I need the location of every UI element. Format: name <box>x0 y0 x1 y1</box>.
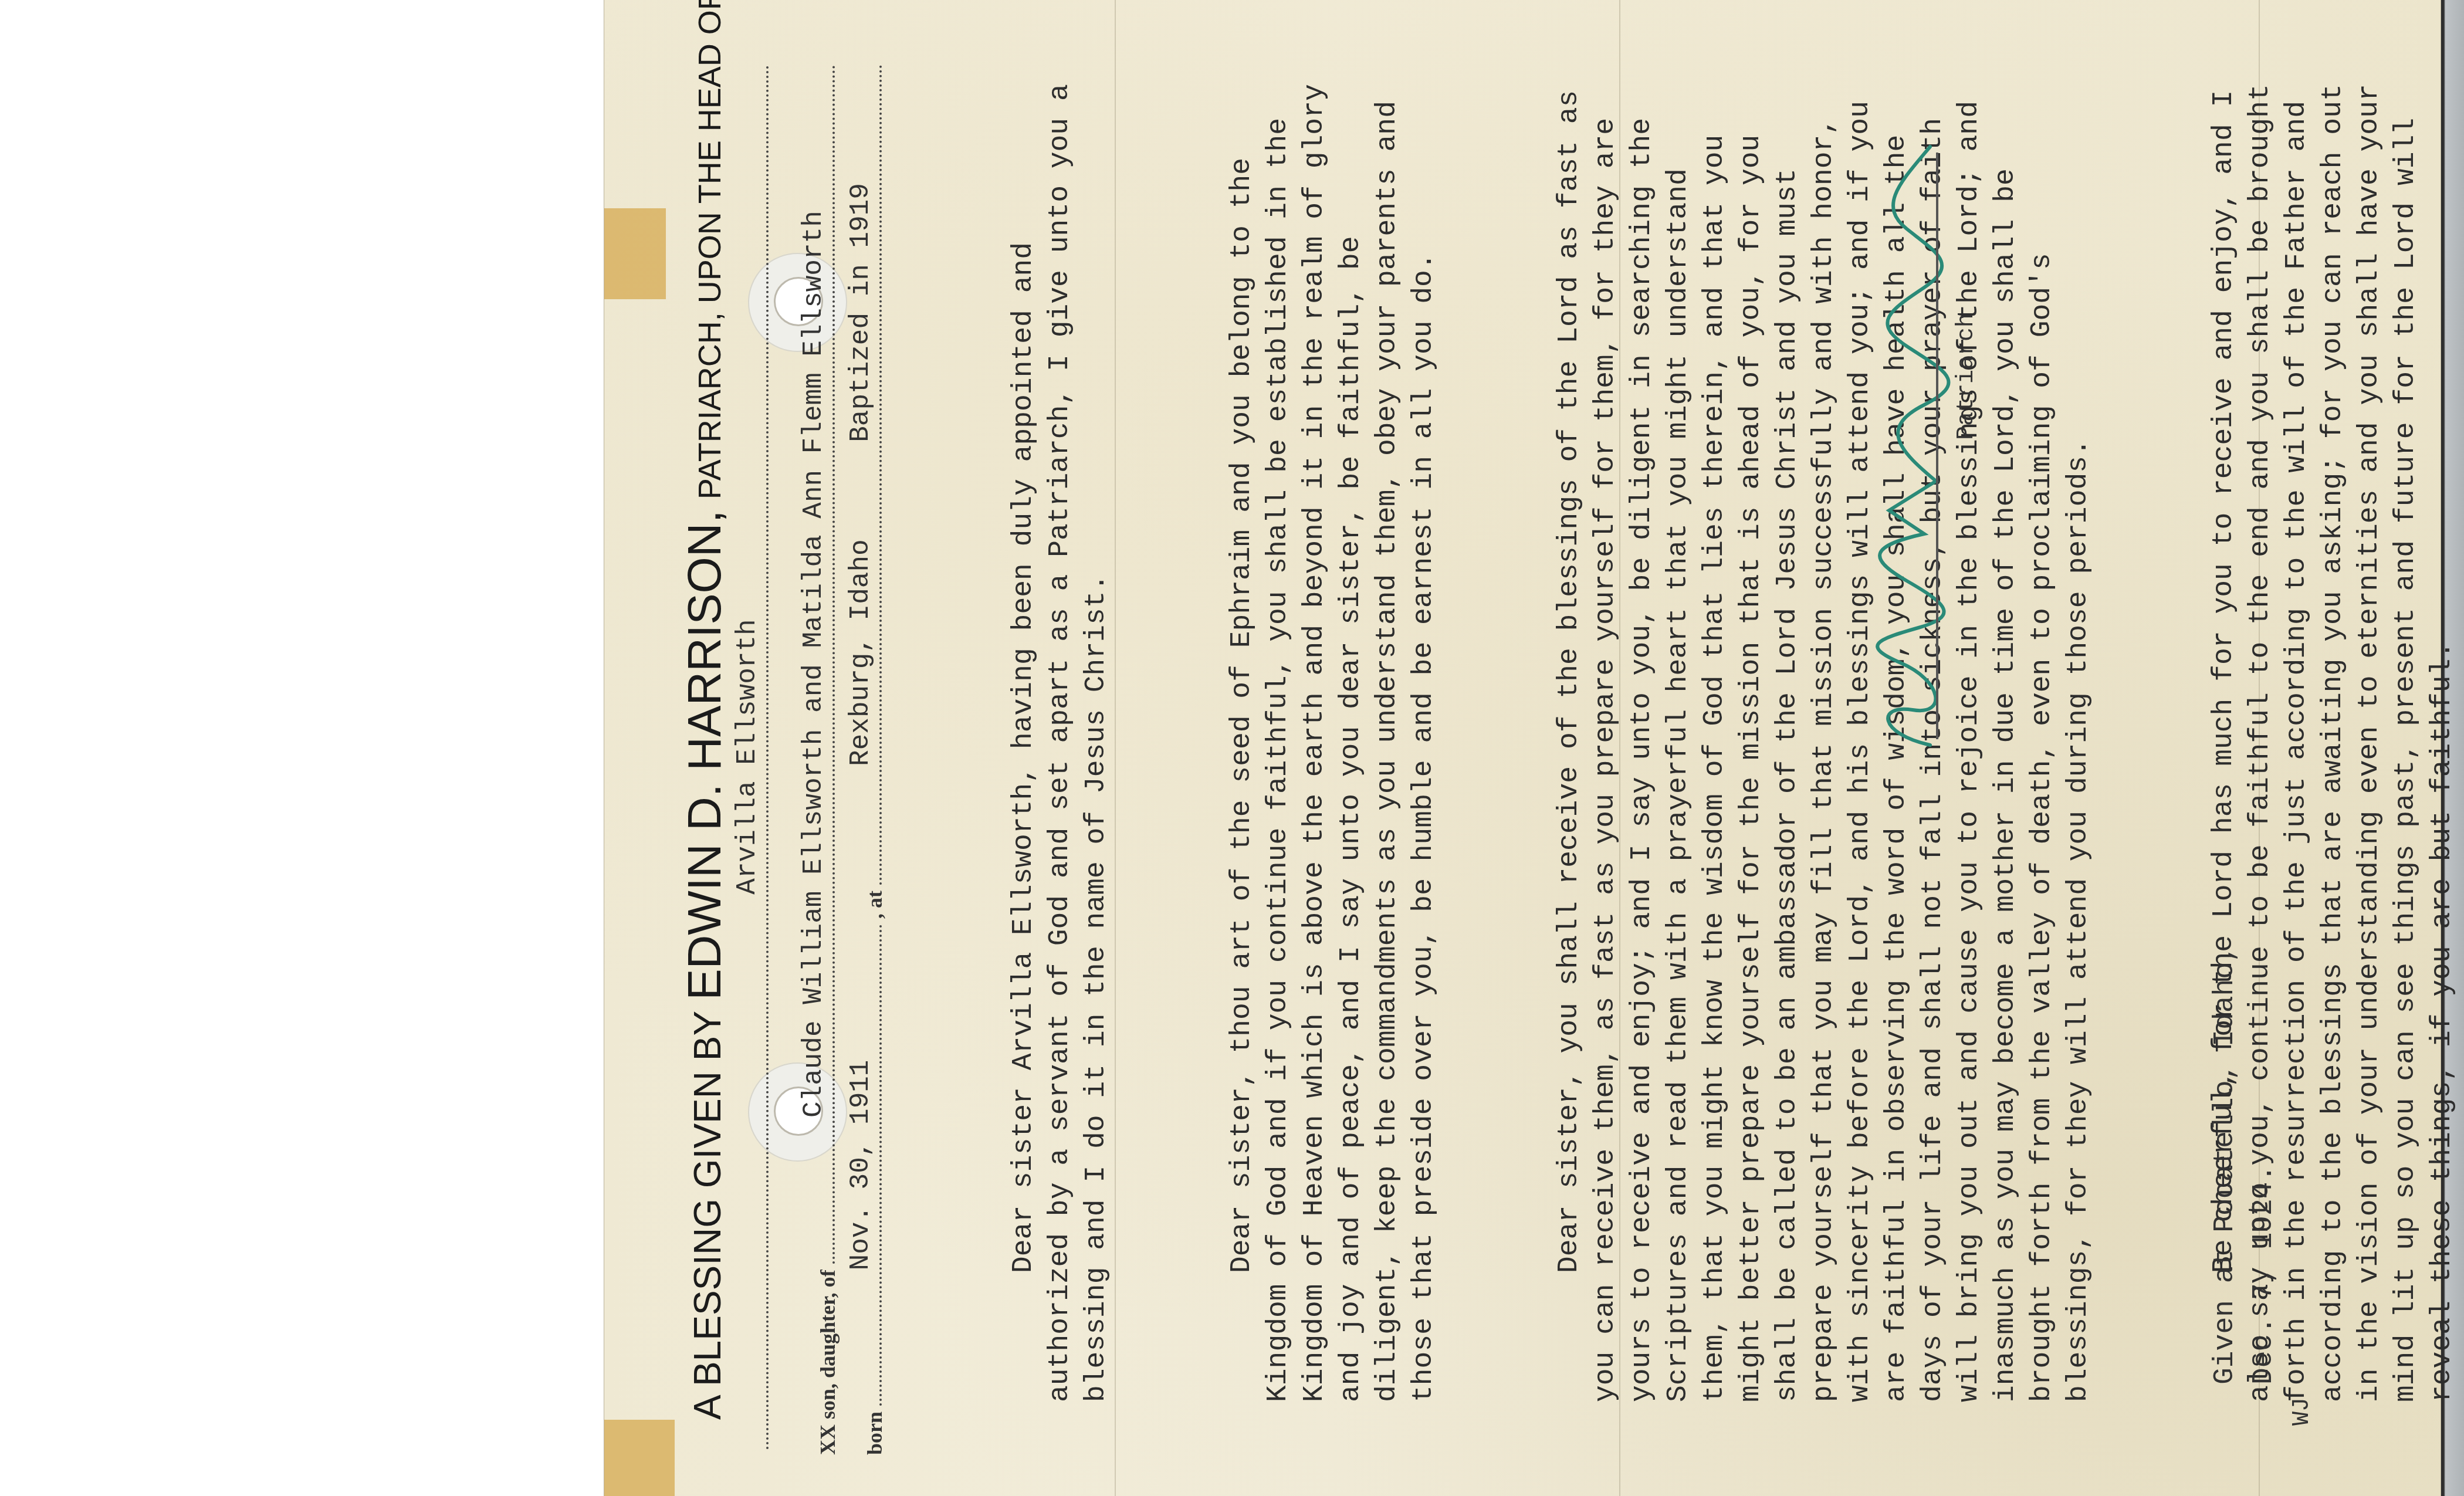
document-header: A BLESSING GIVEN BY EDWIN D. HARRISON, P… <box>678 23 732 1420</box>
tape-piece <box>604 208 666 299</box>
blessing-paper: A BLESSING GIVEN BY EDWIN D. HARRISON, P… <box>604 0 2441 1496</box>
signature-scrawl-icon <box>1866 135 1954 757</box>
parents-line: Claude William Ellsworth and Matilda Ann… <box>832 65 835 1264</box>
relation-label: XX son, daughter, of <box>815 1270 840 1455</box>
baptized-value: Baptized in 1919 <box>845 183 876 442</box>
patriarch-signature <box>1866 135 1954 757</box>
paragraph-intro: Dear sister Arvilla Ellsworth, having be… <box>1006 82 1115 1402</box>
recipient-name: Arvilla Ellsworth <box>732 65 763 1449</box>
parents-value: Claude William Ellsworth and Matilda Ann… <box>798 65 829 1264</box>
document-scan: A BLESSING GIVEN BY EDWIN D. HARRISON, P… <box>604 0 2441 1496</box>
recipient-name-line: Arvilla Ellsworth <box>766 65 769 1449</box>
born-place: Rexburg, Idaho <box>845 539 876 766</box>
tape-piece <box>604 1420 675 1496</box>
patriarch-name: EDWIN D. HARRISON, <box>678 510 732 1000</box>
given-at-block: Given at Pocatello, Idaho, Dec. 7, 1924.… <box>2206 945 2322 1385</box>
recipient-name-row: Arvilla Ellsworth <box>766 59 769 1455</box>
header-suffix: PATRIARCH, UPON THE HEAD OF <box>692 0 728 499</box>
signature-line <box>1936 153 1938 739</box>
header-prefix: A BLESSING GIVEN BY <box>686 1011 729 1420</box>
born-date: Nov. 30, 1911 <box>845 925 876 1406</box>
born-date-line: Nov. 30, 1911 <box>879 925 882 1406</box>
born-place-line: Rexburg, Idaho Baptized in 1919 <box>879 65 882 885</box>
paragraph-blessings: Dear sister, you shall receive of the bl… <box>1551 82 2097 1402</box>
born-label: born <box>862 1412 887 1455</box>
typist-initials: WJ <box>2283 945 2322 1426</box>
patriarch-title: Patriarch <box>1954 313 1980 440</box>
born-place-and-baptism: Rexburg, Idaho Baptized in 1919 <box>845 65 876 885</box>
parents-row: XX son, daughter, of Claude William Ells… <box>815 59 840 1455</box>
birth-row: born Nov. 30, 1911 , at Rexburg, Idaho B… <box>862 59 887 1455</box>
given-place: Given at Pocatello, Idaho, <box>2206 945 2245 1385</box>
given-date: Dec. 7, 1924. <box>2245 945 2283 1385</box>
paragraph-lineage: Dear sister, thou art of the seed of Eph… <box>1224 82 1442 1402</box>
at-label: , at <box>862 891 887 919</box>
